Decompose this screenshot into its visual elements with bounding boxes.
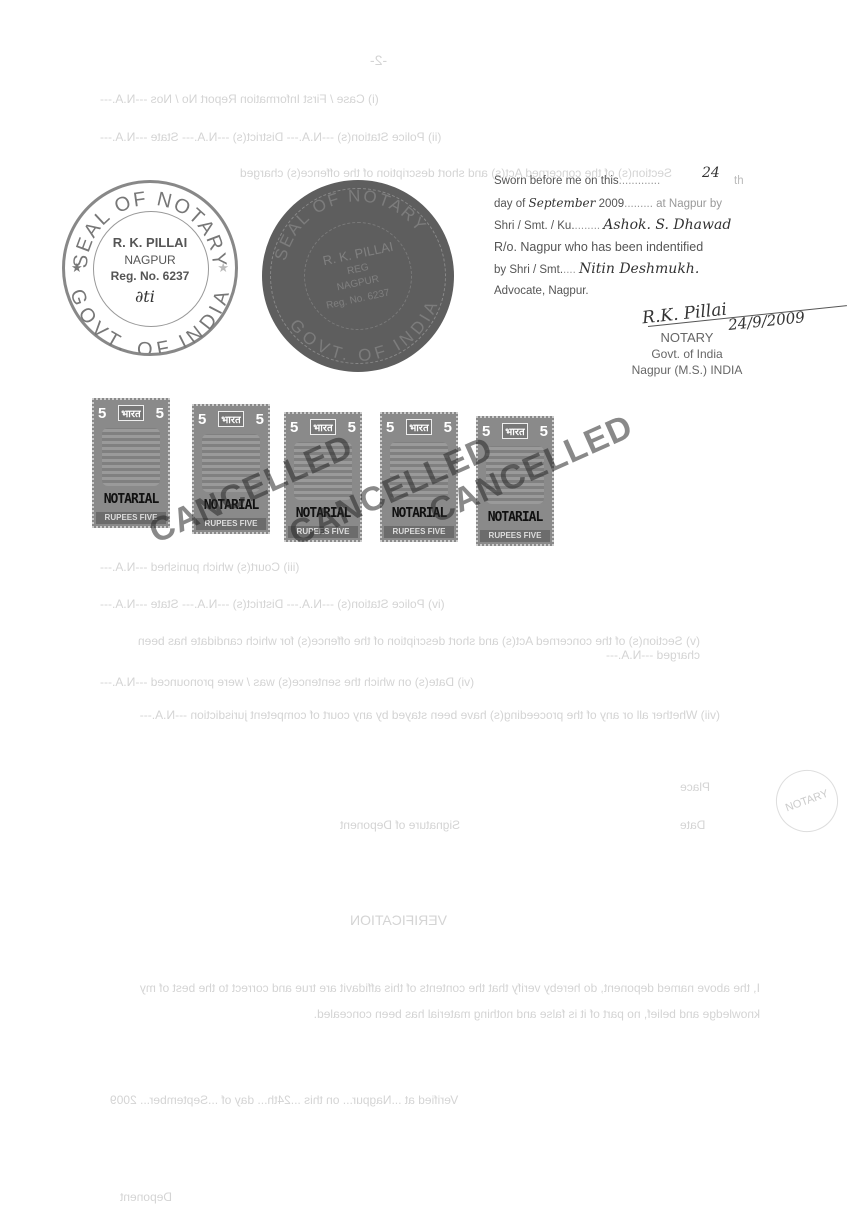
stamp-value: 5 [156,405,164,422]
stamp-value: 5 [386,419,394,436]
seal-initials: ∂ti [135,287,155,306]
notarial-stamp-strip: 5भारत5NOTARIALRUPEES FIVE5भारत5NOTARIALR… [92,390,567,550]
stamp-header: 5भारत5 [482,422,548,440]
bleed-line: (iv) Police Station(s) ---N.A.--- Distri… [100,597,445,611]
sworn-line-5: by Shri / Smt..... Nitin Deshmukh. [494,258,824,280]
sworn-line-4: R/o. Nagpur who has been indentified [494,236,824,258]
stamp-overprint: NOTARIAL [94,492,168,507]
bleed-line: (iii) Court(s) which punished ---N.A.--- [100,560,299,574]
bleed-line: (vii) Whether all or any of the proceedi… [100,708,720,722]
stamp-value: 5 [256,411,264,428]
emblem-icon [102,428,160,486]
seal-name: R. K. PILLAI [65,235,235,250]
stamp-country: भारत [502,423,527,439]
stamp-value: 5 [540,423,548,440]
stamp-value: 5 [98,405,106,422]
stamp-header: 5भारत5 [386,418,452,436]
sworn-year: 2009 [599,198,625,210]
dark-seal-ring-text: SEAL OF NOTARY GOVT. OF INDIA [262,180,454,372]
stamp-value: 5 [348,419,356,436]
bleed-line: Deponent [120,1190,172,1204]
stamp-header: 5भारत5 [198,410,264,428]
sworn-line-2: day of September 2009......... at Nagpur… [494,192,824,214]
stamp-value: 5 [198,411,206,428]
sworn-statement: Sworn before me on this.............24th… [494,170,824,302]
faint-seal-mark: NOTARY [767,761,846,840]
bleed-line: Date [680,818,705,832]
bleed-line: (v) Section(s) of the concerned Act(s) a… [100,634,700,662]
sworn-day-suffix: th [734,170,744,192]
stamp-denomination: RUPEES FIVE [480,530,550,542]
bleed-line: (ii) Police Station(s) ---N.A.--- Distri… [100,130,441,144]
sworn-line-6: Advocate, Nagpur. [494,280,824,302]
sworn-month-fill: September [529,196,596,210]
notary-govt: Govt. of India [612,346,762,362]
bleed-line: I, the above named deponent, do hereby v… [110,975,760,1027]
sworn-line-3: Shri / Smt. / Ku......... Ashok. S. Dhaw… [494,214,824,236]
sworn-day-fill: 24 [702,162,720,184]
sworn-label: Shri / Smt. / Ku. [494,220,575,232]
bleed-line: (vi) Date(s) on which the sentence(s) wa… [100,675,474,689]
seal-reg-no: Reg. No. 6237 [65,269,235,283]
stamp-overprint: NOTARIAL [478,510,552,525]
bleed-line: (i) Case / First Information Report No /… [100,92,379,106]
seal-city: NAGPUR [65,253,235,267]
notary-designation: NOTARY Govt. of India Nagpur (M.S.) INDI… [612,330,762,378]
bleed-line: VERIFICATION [350,912,447,928]
notary-signature: R.K. Pillai [641,300,728,329]
notary-place: Nagpur (M.S.) INDIA [612,362,762,378]
sworn-line-1: Sworn before me on this.............24th [494,170,824,192]
page-number-mark: -2- [370,52,387,68]
sworn-place: at Nagpur by [656,198,722,210]
bleed-line: Verified at ...Nagpur... on this ...24th… [110,1093,458,1107]
stamp-country: भारत [218,411,243,427]
sworn-label: by Shri / Smt. [494,264,563,276]
bleed-line: Signature of Deponent [340,818,460,832]
notary-seal-left: SEAL OF NOTARY GOVT. OF INDIA ★ ★ R. K. … [62,180,238,356]
notary-seal-dark: SEAL OF NOTARY GOVT. OF INDIA R. K. PILL… [262,180,454,372]
deponent-name-fill: Ashok. S. Dhawad [603,217,731,233]
stamp-value: 5 [290,419,298,436]
sworn-label: day of [494,198,525,210]
bleed-line: Place [680,780,710,794]
notary-title: NOTARY [612,330,762,346]
identifier-name-fill: Nitin Deshmukh. [579,261,699,277]
stamp-country: भारत [406,419,431,435]
stamp-header: 5भारत5 [98,404,164,422]
stamp-country: भारत [118,405,143,421]
stamp-value: 5 [444,419,452,436]
sworn-label: Sworn before me on this [494,175,619,187]
